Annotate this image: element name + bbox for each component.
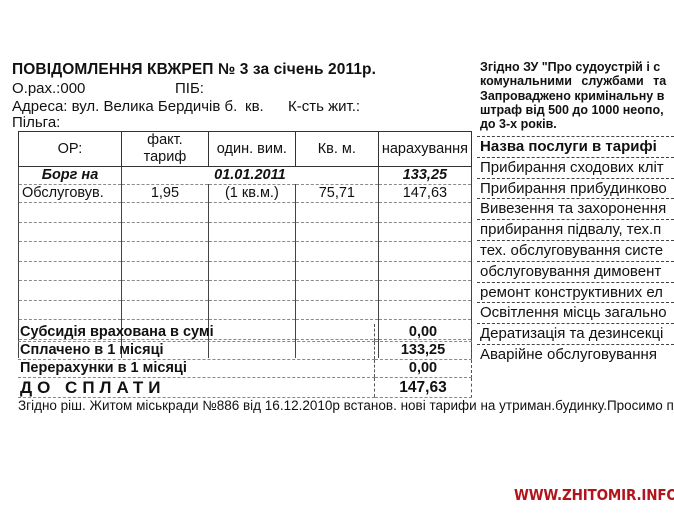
amount-due-value: 147,63 xyxy=(375,378,472,398)
notice-title: ПОВІДОМЛЕННЯ КВЖРЕП № 3 за січень 2011р. xyxy=(12,61,376,79)
tariff-value: 1,95 xyxy=(121,185,208,203)
service-item: тех. обслуговування систе xyxy=(477,241,674,262)
paid-value: 133,25 xyxy=(375,342,472,360)
empty-row xyxy=(19,203,472,223)
col-header-unit: один. вим. xyxy=(208,132,295,167)
charge-value: 147,63 xyxy=(378,185,471,203)
recalc-label: Перерахунки в 1 місяці xyxy=(18,360,375,378)
area-value: 75,71 xyxy=(295,185,378,203)
name-label: ПІБ: xyxy=(175,80,204,97)
amount-due-label: ДО СПЛАТИ xyxy=(18,378,375,398)
law-notice-line: до 3-х років. xyxy=(480,117,674,131)
col-header-charge: нарахування xyxy=(378,132,471,167)
service-item: Вивезення та захоронення xyxy=(477,199,674,220)
totals-table: Субсидія врахована в сумі 0,00 Сплачено … xyxy=(18,324,472,398)
service-item: обслуговування димовент xyxy=(477,262,674,283)
apartment-label: кв. xyxy=(245,98,264,115)
empty-row xyxy=(19,300,472,320)
col-header-area: Кв. м. xyxy=(295,132,378,167)
empty-row xyxy=(19,261,472,281)
account-label: О.рах.:000 xyxy=(12,80,85,97)
law-notice-line: штраф від 500 до 1000 неопо, xyxy=(480,103,674,117)
recalc-row: Перерахунки в 1 місяці 0,00 xyxy=(18,360,472,378)
empty-row xyxy=(19,242,472,262)
service-item: Прибирання прибудинково xyxy=(477,179,674,200)
empty-row xyxy=(19,222,472,242)
unit-value: (1 кв.м.) xyxy=(208,185,295,203)
subsidy-label: Субсидія врахована в сумі xyxy=(18,324,375,342)
tariff-footnote: Згідно ріш. Житом міськради №886 від 16.… xyxy=(18,398,674,413)
debt-date: 01.01.2011 xyxy=(121,167,378,185)
service-name: Обслуговув. xyxy=(19,185,122,203)
service-item: Прибирання сходових кліт xyxy=(477,158,674,179)
benefit-label: Пільга: xyxy=(12,114,60,131)
empty-row xyxy=(19,281,472,301)
amount-due-row: ДО СПЛАТИ 147,63 xyxy=(18,378,472,398)
table-header-row: ОР: факт. тариф один. вим. Кв. м. нараху… xyxy=(19,132,472,167)
law-notice-line: Запроваджено кримінальну в xyxy=(480,89,674,103)
paid-row: Сплачено в 1 місяці 133,25 xyxy=(18,342,472,360)
service-item: прибирання підвалу, тех.п xyxy=(477,220,674,241)
service-item: ремонт конструктивних ел xyxy=(477,283,674,304)
recalc-value: 0,00 xyxy=(375,360,472,378)
debt-row: Борг на 01.01.2011 133,25 xyxy=(19,167,472,185)
subsidy-value: 0,00 xyxy=(375,324,472,342)
site-watermark: WWW.ZHITOMIR.INFO xyxy=(514,486,674,504)
law-notice-line: комунальними службами та xyxy=(480,74,674,88)
service-item: Дератизація та дезинсекці xyxy=(477,324,674,345)
col-header-tariff: факт. тариф xyxy=(121,132,208,167)
law-notice-line: Згідно ЗУ "Про судоустрій і с xyxy=(480,60,674,74)
services-list: Назва послуги в тарифі Прибирання сходов… xyxy=(477,136,674,365)
services-header: Назва послуги в тарифі xyxy=(477,136,674,158)
subsidy-row: Субсидія врахована в сумі 0,00 xyxy=(18,324,472,342)
service-item: Освітлення місць загально xyxy=(477,303,674,324)
debt-label: Борг на xyxy=(19,167,122,185)
col-header-service: ОР: xyxy=(19,132,122,167)
service-item: Аварійне обслуговування xyxy=(477,345,674,365)
table-row: Обслуговув. 1,95 (1 кв.м.) 75,71 147,63 xyxy=(19,185,472,203)
paid-label: Сплачено в 1 місяці xyxy=(18,342,375,360)
residents-label: К-сть жит.: xyxy=(288,98,360,115)
address-label: Адреса: вул. Велика Бердичів б. xyxy=(12,98,237,115)
law-notice: Згідно ЗУ "Про судоустрій і с комунальни… xyxy=(480,60,674,131)
debt-amount: 133,25 xyxy=(378,167,471,185)
